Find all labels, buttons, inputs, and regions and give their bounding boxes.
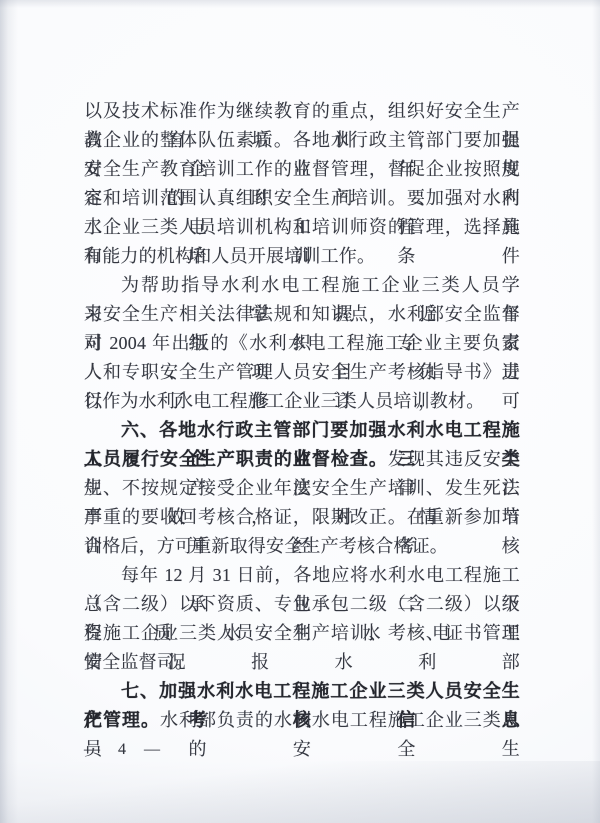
document-line: 七、加强水利水电工程施工企业三类人员安全生产考核信息 xyxy=(84,677,520,706)
scan-edge-left xyxy=(0,0,18,823)
scan-edge-top xyxy=(0,0,600,8)
text-segment: 化管理。 xyxy=(84,710,160,730)
document-line: 以作为水利水电工程施工企业三类人员培训教材。 xyxy=(84,387,520,416)
document-line: 人和专职安全生产管理人员安全生产考核指导书》进行了修订，可 xyxy=(84,358,520,387)
document-line: 来安全生产相关法律法规和知识点，水利部安全监督司组织专家 xyxy=(84,300,520,329)
document-line: 每年 12 月 31 日前，各地应将水利水电工程施工总承包二级 xyxy=(84,561,520,590)
page-number: — 4 — xyxy=(84,738,167,762)
text-segment: 以作为水利水电工程施工企业三类人员培训教材。 xyxy=(84,391,484,411)
document-line: （含二级）以下资质、专业承包二级（含二级）以下资质水利水电工 xyxy=(84,590,520,619)
document-line: 容和培训范围认真组织安全生产培训。要加强对水利水电工程施 xyxy=(84,184,520,213)
text-segment: 和能力的机构和人员开展培训工作。 xyxy=(84,246,375,266)
scanned-page: 以及技术标准作为继续教育的重点，组织好安全生产教育培训，提高企业的整体队伍素质。… xyxy=(0,0,600,823)
text-segment: 合格后，方可重新取得安全生产考核合格证。 xyxy=(84,536,448,556)
text-segment: 人员履行安全生产职责的监督检查。 xyxy=(84,449,388,469)
document-line: 严重的要收回考核合格证，限期改正。在重新参加培训并经考核 xyxy=(84,503,520,532)
document-line: 规、不按规定接受企业年度安全生产培训、发生死亡事故，对情节 xyxy=(84,474,520,503)
document-line: 工企业三类人员培训机构和培训师资的管理，选择具有培训条件 xyxy=(84,213,520,242)
document-line: 程施工企业三类人员安全生产培训、考核、证书管理情况报水利部 xyxy=(84,619,520,648)
text-segment: 安全监督司。 xyxy=(84,652,193,672)
document-line: 高企业的整体队伍素质。各地水行政主管部门要加强对企业年度 xyxy=(84,126,520,155)
document-line: 人员履行安全生产职责的监督检查。发现其违反安全生产法律法 xyxy=(84,445,520,474)
scan-edge-bottom xyxy=(0,761,600,823)
document-body: 以及技术标准作为继续教育的重点，组织好安全生产教育培训，提高企业的整体队伍素质。… xyxy=(84,97,520,735)
document-line: 为帮助指导水利水电工程施工企业三类人员学习、掌握近年 xyxy=(84,271,520,300)
document-line: 化管理。水利部负责的水利水电工程施工企业三类人员的安全生 xyxy=(84,706,520,735)
scan-edge-right xyxy=(592,0,600,823)
document-line: 以及技术标准作为继续教育的重点，组织好安全生产教育培训，提 xyxy=(84,97,520,126)
document-line: 六、各地水行政主管部门要加强水利水电工程施工企业三类 xyxy=(84,416,520,445)
document-line: 安全生产教育培训工作的监督管理，督促企业按照规定的时间、内 xyxy=(84,155,520,184)
document-line: 对 2004 年出版的《水利水电工程施工企业主要负责人、项目负责 xyxy=(84,329,520,358)
